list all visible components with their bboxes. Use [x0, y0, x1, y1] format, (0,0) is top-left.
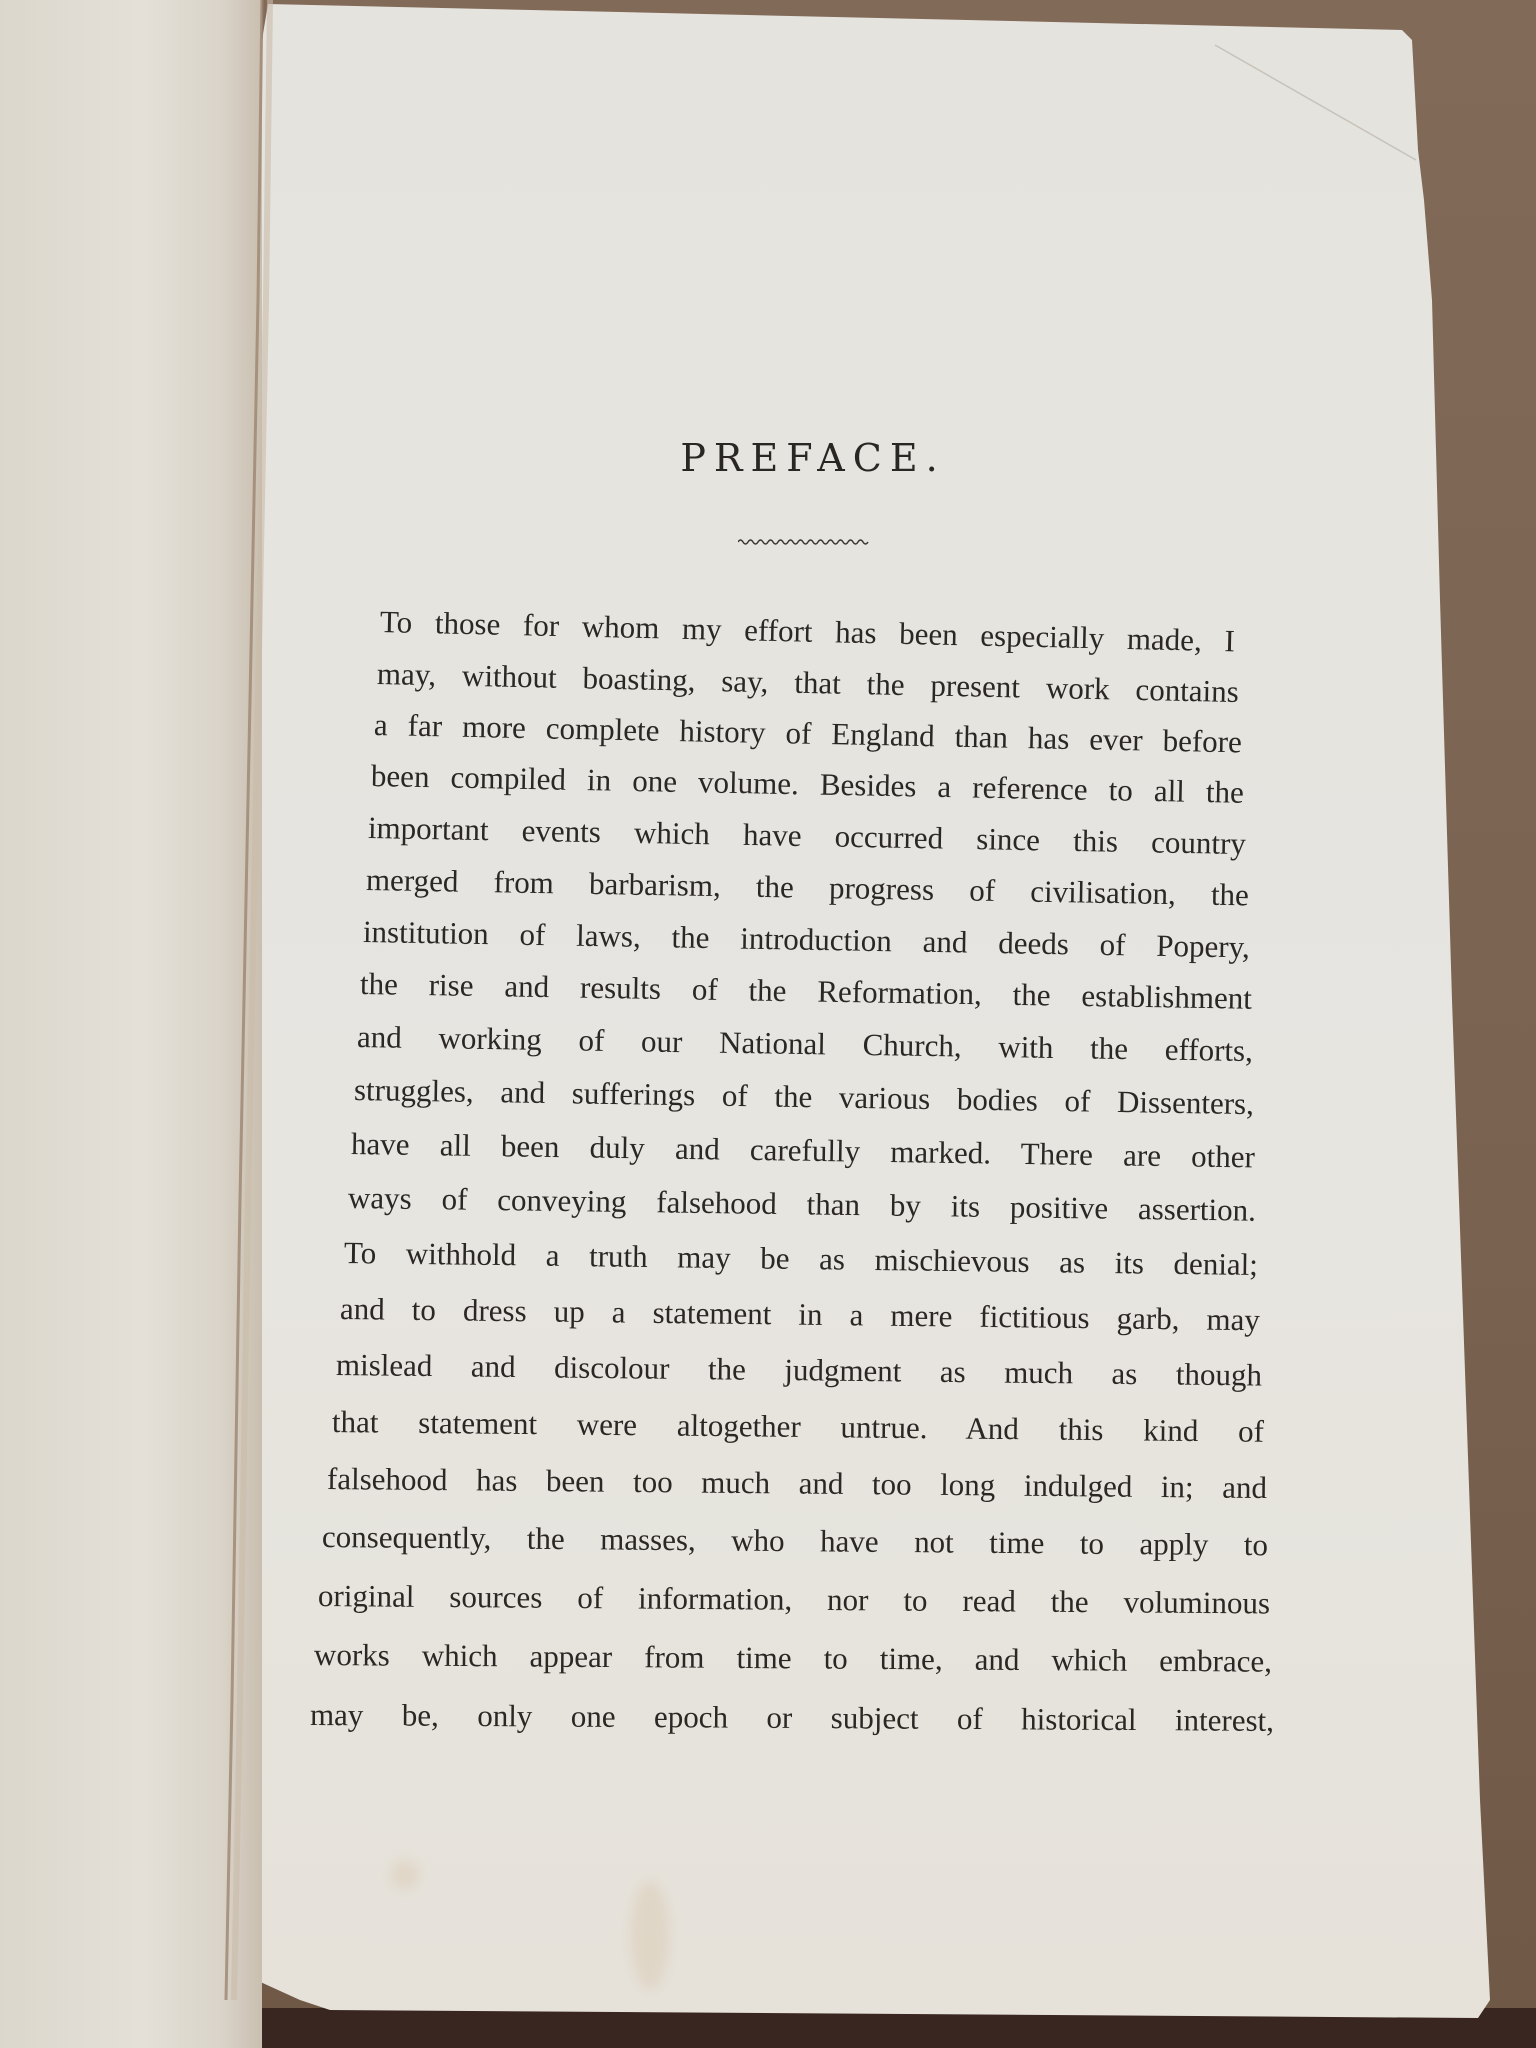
text-line: and working of our National Church, with… [357, 1019, 1253, 1069]
text-line: may be, only one epoch or subject of his… [310, 1697, 1274, 1739]
page-title: PREFACE. [0, 436, 1536, 480]
text-line: the rise and results of the Reformation,… [360, 966, 1252, 1017]
text-line: ways of conveying falsehood than by its … [348, 1180, 1256, 1229]
text-line: struggles, and sufferings of the various… [354, 1072, 1254, 1122]
text-line: merged from barbarism, the progress of c… [366, 862, 1249, 913]
text-line: a far more complete history of England t… [374, 707, 1243, 760]
text-line: may, without boasting, say, that the pre… [377, 656, 1240, 710]
text-line: mislead and discolour the judgment as mu… [336, 1347, 1262, 1394]
text-line: original sources of information, nor to … [318, 1578, 1270, 1621]
text-line: To those for whom my effort has been esp… [380, 604, 1236, 659]
text-line: institution of laws, the introduction an… [363, 914, 1250, 965]
text-line: been compiled in one volume. Besides a r… [371, 758, 1245, 811]
wavy-rule-ornament [738, 536, 872, 548]
text-line: that statement were altogether untrue. A… [332, 1404, 1264, 1450]
text-line: To withhold a truth may be as mischievou… [344, 1235, 1258, 1283]
text-line: and to dress up a statement in a mere fi… [340, 1291, 1260, 1338]
page-content: PREFACE. To those for whom my effort has… [0, 0, 1536, 2048]
text-line: consequently, the masses, who have not t… [322, 1519, 1268, 1563]
text-line: have all been duly and carefully marked.… [351, 1126, 1255, 1175]
text-line: falsehood has been too much and too long… [327, 1461, 1267, 1506]
text-line: important events which have occurred sin… [368, 810, 1247, 862]
text-line: works which appear from time to time, an… [314, 1637, 1272, 1680]
